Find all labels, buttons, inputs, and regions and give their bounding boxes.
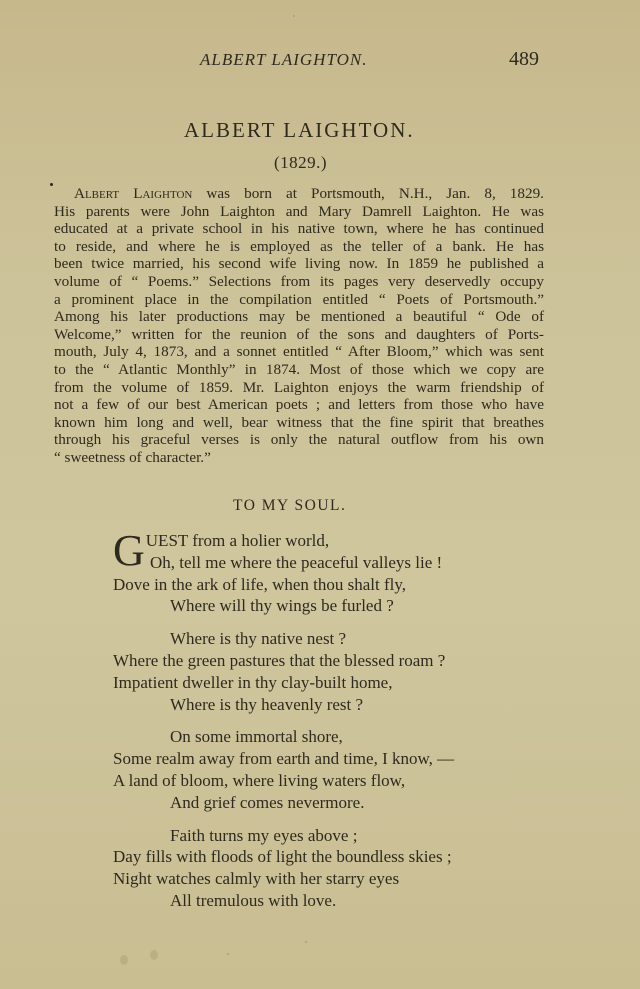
verse-line: Faith turns my eyes above ; — [113, 825, 533, 847]
verse-line: On some immortal shore, — [113, 726, 533, 748]
verse-line: Impatient dweller in thy clay-built home… — [113, 672, 533, 694]
verse-line: Oh, tell me where the peaceful valleys l… — [113, 552, 533, 574]
bio-line: Albert Laighton was born at Portsmouth, … — [54, 185, 544, 203]
birth-year: (1829.) — [274, 153, 327, 173]
bio-line: mouth, July 4, 1873, and a sonnet entitl… — [54, 343, 544, 361]
verse-line: Some realm away from earth and time, I k… — [113, 748, 533, 770]
verse-line: Night watches calmly with her starry eye… — [113, 868, 533, 890]
verse-line: Dove in the ark of life, when thou shalt… — [113, 574, 533, 596]
bio-line: known him long and well, bear witness th… — [54, 414, 544, 432]
bio-line: been twice married, his second wife livi… — [54, 255, 544, 273]
bio-line: to the “ Atlantic Monthly” in 1874. Most… — [54, 361, 544, 379]
biography-paragraph: Albert Laighton was born at Portsmouth, … — [54, 185, 544, 467]
bio-line: not a few of our best American poets ; a… — [54, 396, 544, 414]
stanza-4: Faith turns my eyes above ; Day fills wi… — [113, 825, 533, 912]
verse-line: Where will thy wings be furled ? — [113, 595, 533, 617]
book-page: ALBERT LAIGHTON. 489 ALBERT LAIGHTON. (1… — [0, 0, 640, 989]
running-head: ALBERT LAIGHTON. — [200, 50, 367, 70]
bio-line: “ sweetness of character.” — [54, 449, 544, 467]
paper-speck — [293, 15, 295, 17]
stanza-2: Where is thy native nest ? Where the gre… — [113, 628, 533, 715]
bio-line: His parents were John Laighton and Mary … — [54, 203, 544, 221]
bio-line: educated at a private school in his nati… — [54, 220, 544, 238]
verse-line: Where is thy native nest ? — [113, 628, 533, 650]
verse-line: UEST from a holier world, — [113, 530, 533, 552]
verse-line: A land of bloom, where living waters flo… — [113, 770, 533, 792]
stanza-3: On some immortal shore, Some realm away … — [113, 726, 533, 813]
drop-cap: G — [113, 532, 145, 570]
stanza-1: G UEST from a holier world, Oh, tell me … — [113, 530, 533, 617]
verse-line: Day fills with floods of light the bound… — [113, 846, 533, 868]
bio-line: a prominent place in the compilation ent… — [54, 291, 544, 309]
bio-line: from the volume of 1859. Mr. Laighton en… — [54, 379, 544, 397]
bio-line: to reside, and where he is employed as t… — [54, 238, 544, 256]
paper-speck — [84, 333, 90, 339]
bio-line: volume of “ Poems.” Selections from its … — [54, 273, 544, 291]
verse-line: And grief comes nevermore. — [113, 792, 533, 814]
paper-speck — [150, 950, 158, 960]
paper-speck — [120, 955, 128, 965]
bio-line: through his graceful verses is only the … — [54, 431, 544, 449]
bio-line: Welcome,” written for the reunion of the… — [54, 326, 544, 344]
poem-title: TO MY SOUL. — [233, 497, 346, 515]
print-mark — [50, 183, 53, 186]
paper-speck — [305, 941, 307, 943]
verse-line: All tremulous with love. — [113, 890, 533, 912]
author-name-smallcaps: Albert Laighton — [74, 185, 192, 202]
verse-line: Where is thy heavenly rest ? — [113, 694, 533, 716]
poem-body: G UEST from a holier world, Oh, tell me … — [113, 530, 533, 923]
verse-line: Where the green pastures that the blesse… — [113, 650, 533, 672]
entry-title: ALBERT LAIGHTON. — [184, 118, 415, 143]
paper-speck — [227, 953, 229, 955]
bio-line: Among his later productions may be menti… — [54, 308, 544, 326]
page-number: 489 — [509, 48, 539, 71]
